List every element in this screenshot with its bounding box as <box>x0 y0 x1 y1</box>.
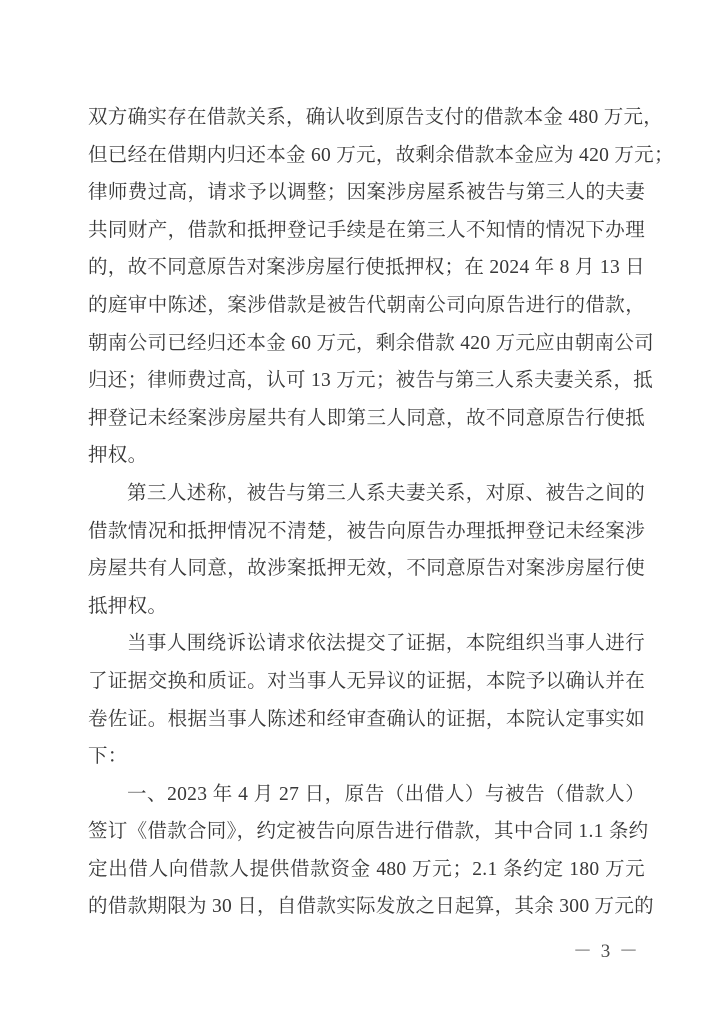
text-line: 共同财产，借款和抵押登记手续是在第三人不知情的情况下办理 <box>88 212 645 250</box>
text-line: 卷佐证。根据当事人陈述和经审查确认的证据，本院认定事实如 <box>88 701 645 739</box>
text-line: 下： <box>88 738 645 776</box>
text-line: 定出借人向借款人提供借款资金 480 万元；2.1 条约定 180 万元 <box>88 851 645 889</box>
document-body: 双方确实存在借款关系，确认收到原告支付的借款本金 480 万元，但已经在借期内归… <box>88 99 645 926</box>
text-line: 一、2023 年 4 月 27 日，原告（出借人）与被告（借款人） <box>88 776 645 814</box>
text-line: 归还；律师费过高，认可 13 万元；被告与第三人系夫妻关系，抵 <box>88 362 645 400</box>
text-line: 第三人述称，被告与第三人系夫妻关系，对原、被告之间的 <box>88 475 645 513</box>
text-line: 房屋共有人同意，故涉案抵押无效，不同意原告对案涉房屋行使 <box>88 550 645 588</box>
text-line: 了证据交换和质证。对当事人无异议的证据，本院予以确认并在 <box>88 663 645 701</box>
text-line: 但已经在借期内归还本金 60 万元，故剩余借款本金应为 420 万元； <box>88 137 645 175</box>
text-line: 签订《借款合同》，约定被告向原告进行借款，其中合同 1.1 条约 <box>88 813 645 851</box>
page-number: － 3 － <box>573 936 640 963</box>
text-line: 借款情况和抵押情况不清楚，被告向原告办理抵押登记未经案涉 <box>88 513 645 551</box>
text-line: 朝南公司已经归还本金 60 万元，剩余借款 420 万元应由朝南公司 <box>88 325 645 363</box>
text-line: 的庭审中陈述，案涉借款是被告代朝南公司向原告进行的借款， <box>88 287 645 325</box>
text-line: 押权。 <box>88 437 645 475</box>
text-line: 抵押权。 <box>88 588 645 626</box>
document-page: 双方确实存在借款关系，确认收到原告支付的借款本金 480 万元，但已经在借期内归… <box>0 0 724 1024</box>
text-line: 当事人围绕诉讼请求依法提交了证据，本院组织当事人进行 <box>88 625 645 663</box>
text-line: 双方确实存在借款关系，确认收到原告支付的借款本金 480 万元， <box>88 99 645 137</box>
text-line: 的借款期限为 30 日，自借款实际发放之日起算，其余 300 万元的 <box>88 888 645 926</box>
text-line: 律师费过高，请求予以调整；因案涉房屋系被告与第三人的夫妻 <box>88 174 645 212</box>
text-line: 的，故不同意原告对案涉房屋行使抵押权；在 2024 年 8 月 13 日 <box>88 249 645 287</box>
text-line: 押登记未经案涉房屋共有人即第三人同意，故不同意原告行使抵 <box>88 400 645 438</box>
